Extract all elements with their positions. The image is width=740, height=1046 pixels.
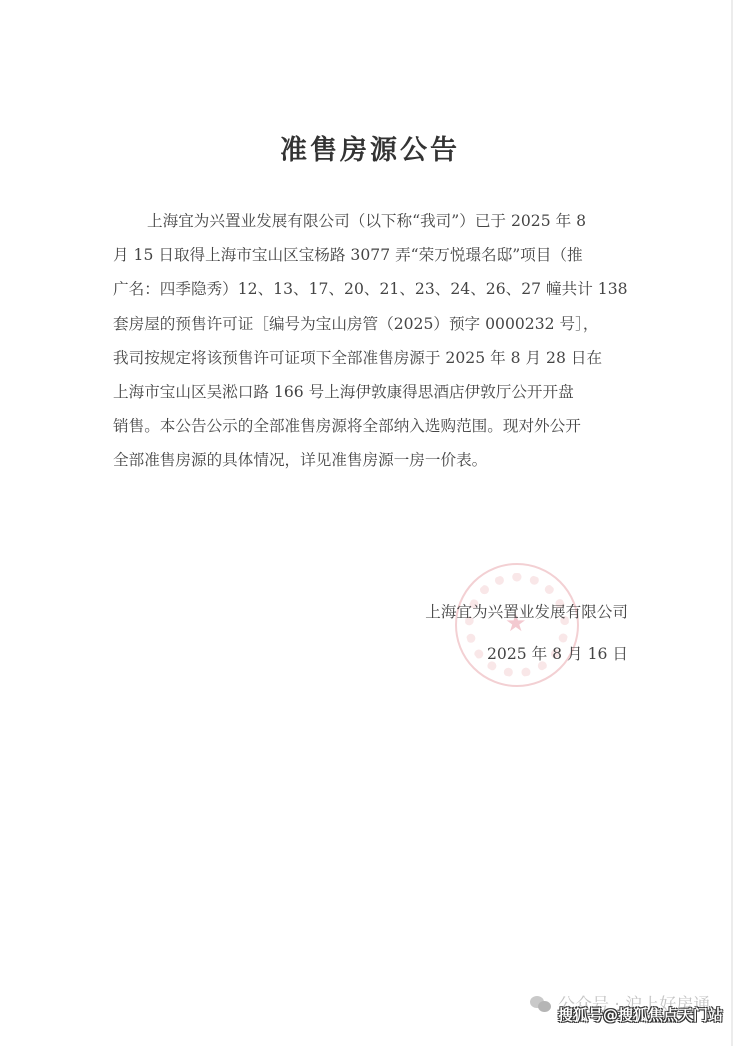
wechat-icon xyxy=(530,996,552,1012)
signature-block: 上海宜为兴置业发展有限公司 2025 年 8 月 16 日 xyxy=(398,600,628,664)
body-line: 套房屋的预售许可证［编号为宝山房管（2025）预字 0000232 号］， xyxy=(113,307,633,341)
body-line: 月 15 日取得上海市宝山区宝杨路 3077 弄“荣万悦璟名邸”项目（推 xyxy=(113,238,633,272)
announcement-body: 上海宜为兴置业发展有限公司（以下称“我司”）已于 2025 年 8 月 15 日… xyxy=(113,204,633,478)
document-title: 准售房源公告 xyxy=(0,128,740,167)
body-line: 全部准售房源的具体情况，详见准售房源一房一价表。 xyxy=(113,443,633,477)
body-line: 上海宜为兴置业发展有限公司（以下称“我司”）已于 2025 年 8 xyxy=(113,204,633,238)
body-line: 广名：四季隐秀）12、13、17、20、21、23、24、26、27 幢共计 1… xyxy=(113,272,633,306)
sohu-credit-watermark: 搜狐号@搜狐焦点天门站 xyxy=(558,1004,723,1025)
body-line: 上海市宝山区吴淞口路 166 号上海伊敦康得思酒店伊敦厅公开开盘 xyxy=(113,375,633,409)
signature-company: 上海宜为兴置业发展有限公司 xyxy=(398,600,628,622)
watermark: 公众号 · 沪上好房通 搜狐号@搜狐焦点天门站 xyxy=(530,990,740,1030)
body-line: 我司按规定将该预售许可证项下全部准售房源于 2025 年 8 月 28 日在 xyxy=(113,341,633,375)
body-line: 销售。本公告公示的全部准售房源将全部纳入选购范围。现对外公开 xyxy=(113,409,633,443)
signature-date: 2025 年 8 月 16 日 xyxy=(398,642,628,664)
